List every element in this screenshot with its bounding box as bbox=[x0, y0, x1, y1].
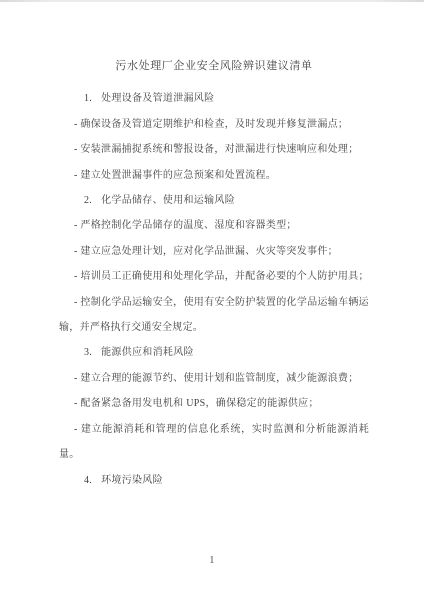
section-heading-1: 1.处理设备及管道泄漏风险 bbox=[59, 86, 369, 111]
page-number: 1 bbox=[209, 555, 214, 566]
list-item: - 培训员工正确使用和处理化学品，并配备必要的个人防护用具； bbox=[59, 264, 369, 289]
section-heading-3: 3.能源供应和消耗风险 bbox=[59, 340, 369, 365]
list-item: - 配备紧急备用发电机和 UPS，确保稳定的能源供应； bbox=[59, 391, 369, 416]
page-footer: 1 bbox=[0, 552, 424, 570]
section-number: 4. bbox=[84, 475, 92, 486]
list-item: - 严格控制化学品储存的温度、湿度和容器类型； bbox=[59, 213, 369, 238]
list-item: - 建立能源消耗和管理的信息化系统，实时监测和分析能源消耗量。 bbox=[59, 417, 369, 468]
section-heading-4: 4.环境污染风险 bbox=[59, 468, 369, 493]
list-item: - 建立合理的能源节约、使用计划和监管制度，减少能源浪费； bbox=[59, 366, 369, 391]
list-item: - 确保设备及管道定期维护和检查，及时发现并修复泄漏点； bbox=[59, 112, 369, 137]
section-number: 1. bbox=[84, 93, 92, 104]
list-item: - 安装泄漏捕捉系统和警报设备，对泄漏进行快速响应和处理； bbox=[59, 137, 369, 162]
section-number: 3. bbox=[84, 347, 92, 358]
document-content: 污水处理厂企业安全风险辨识建议清单 1.处理设备及管道泄漏风险 - 确保设备及管… bbox=[0, 0, 424, 493]
document-page: 污水处理厂企业安全风险辨识建议清单 1.处理设备及管道泄漏风险 - 确保设备及管… bbox=[0, 0, 424, 600]
section-heading-text: 能源供应和消耗风险 bbox=[101, 347, 194, 358]
document-title: 污水处理厂企业安全风险辨识建议清单 bbox=[59, 54, 369, 79]
section-heading-text: 化学品储存、使用和运输风险 bbox=[101, 195, 235, 206]
section-number: 2. bbox=[84, 195, 92, 206]
list-item: - 控制化学品运输安全，使用有安全防护装置的化学品运输车辆运输，并严格执行交通安… bbox=[59, 290, 369, 341]
list-item: - 建立处置泄漏事件的应急预案和处置流程。 bbox=[59, 163, 369, 188]
section-heading-text: 环境污染风险 bbox=[101, 475, 163, 486]
section-heading-2: 2.化学品储存、使用和运输风险 bbox=[59, 188, 369, 213]
section-heading-text: 处理设备及管道泄漏风险 bbox=[101, 93, 214, 104]
page-top-edge bbox=[0, 0, 424, 2]
list-item: - 建立应急处理计划，应对化学品泄漏、火灾等突发事件； bbox=[59, 239, 369, 264]
